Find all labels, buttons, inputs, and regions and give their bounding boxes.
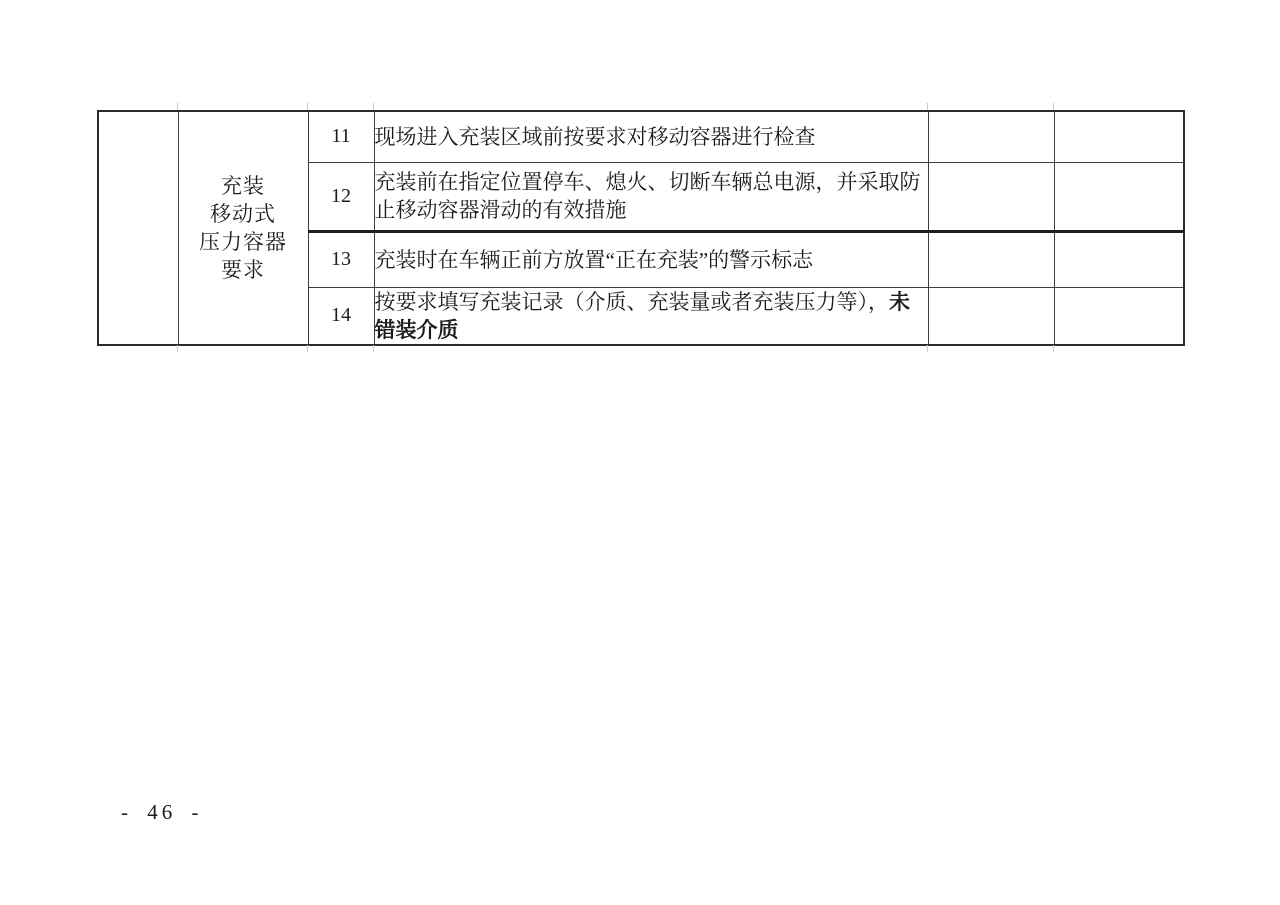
result-cell-1 (928, 162, 1054, 231)
result-cell-1 (928, 231, 1054, 287)
result-cell-2 (1054, 287, 1184, 345)
table-row: 充装 移动式 压力容器 要求 11 现场进入充装区域前按要求对移动容器进行检查 (98, 111, 1184, 162)
item-text: 充装前在指定位置停车、熄火、切断车辆总电源，并采取防止移动容器滑动的有效措施 (375, 170, 921, 222)
item-text-cell: 现场进入充装区域前按要求对移动容器进行检查 (374, 111, 928, 162)
item-number-cell: 11 (308, 111, 374, 162)
result-cell-1 (928, 287, 1054, 345)
item-number-cell: 13 (308, 231, 374, 287)
scan-tick (307, 345, 308, 352)
item-text-cell: 按要求填写充装记录（介质、充装量或者充装压力等），未错装介质 (374, 287, 928, 345)
scan-tick (1053, 103, 1054, 110)
scan-tick (373, 103, 374, 110)
item-text-cell: 充装时在车辆正前方放置“正在充装”的警示标志 (374, 231, 928, 287)
result-cell-2 (1054, 111, 1184, 162)
scan-tick (373, 345, 374, 352)
item-text: 充装时在车辆正前方放置“正在充装”的警示标志 (375, 248, 814, 272)
left-spacer-cell (98, 111, 178, 345)
result-cell-2 (1054, 231, 1184, 287)
page-number: - 46 - (121, 800, 203, 825)
item-text: 按要求填写充装记录（介质、充装量或者充装压力等）， (375, 290, 890, 314)
scan-tick (177, 345, 178, 352)
result-cell-2 (1054, 162, 1184, 231)
item-text-cell: 充装前在指定位置停车、熄火、切断车辆总电源，并采取防止移动容器滑动的有效措施 (374, 162, 928, 231)
scan-tick (927, 345, 928, 352)
scan-tick (927, 103, 928, 110)
scan-tick (307, 103, 308, 110)
checklist-table: 充装 移动式 压力容器 要求 11 现场进入充装区域前按要求对移动容器进行检查 … (97, 110, 1185, 346)
item-text: 现场进入充装区域前按要求对移动容器进行检查 (375, 125, 816, 149)
scan-tick (1053, 345, 1054, 352)
item-number-cell: 14 (308, 287, 374, 345)
scan-tick (177, 103, 178, 110)
item-number-cell: 12 (308, 162, 374, 231)
result-cell-1 (928, 111, 1054, 162)
category-cell: 充装 移动式 压力容器 要求 (178, 111, 308, 345)
